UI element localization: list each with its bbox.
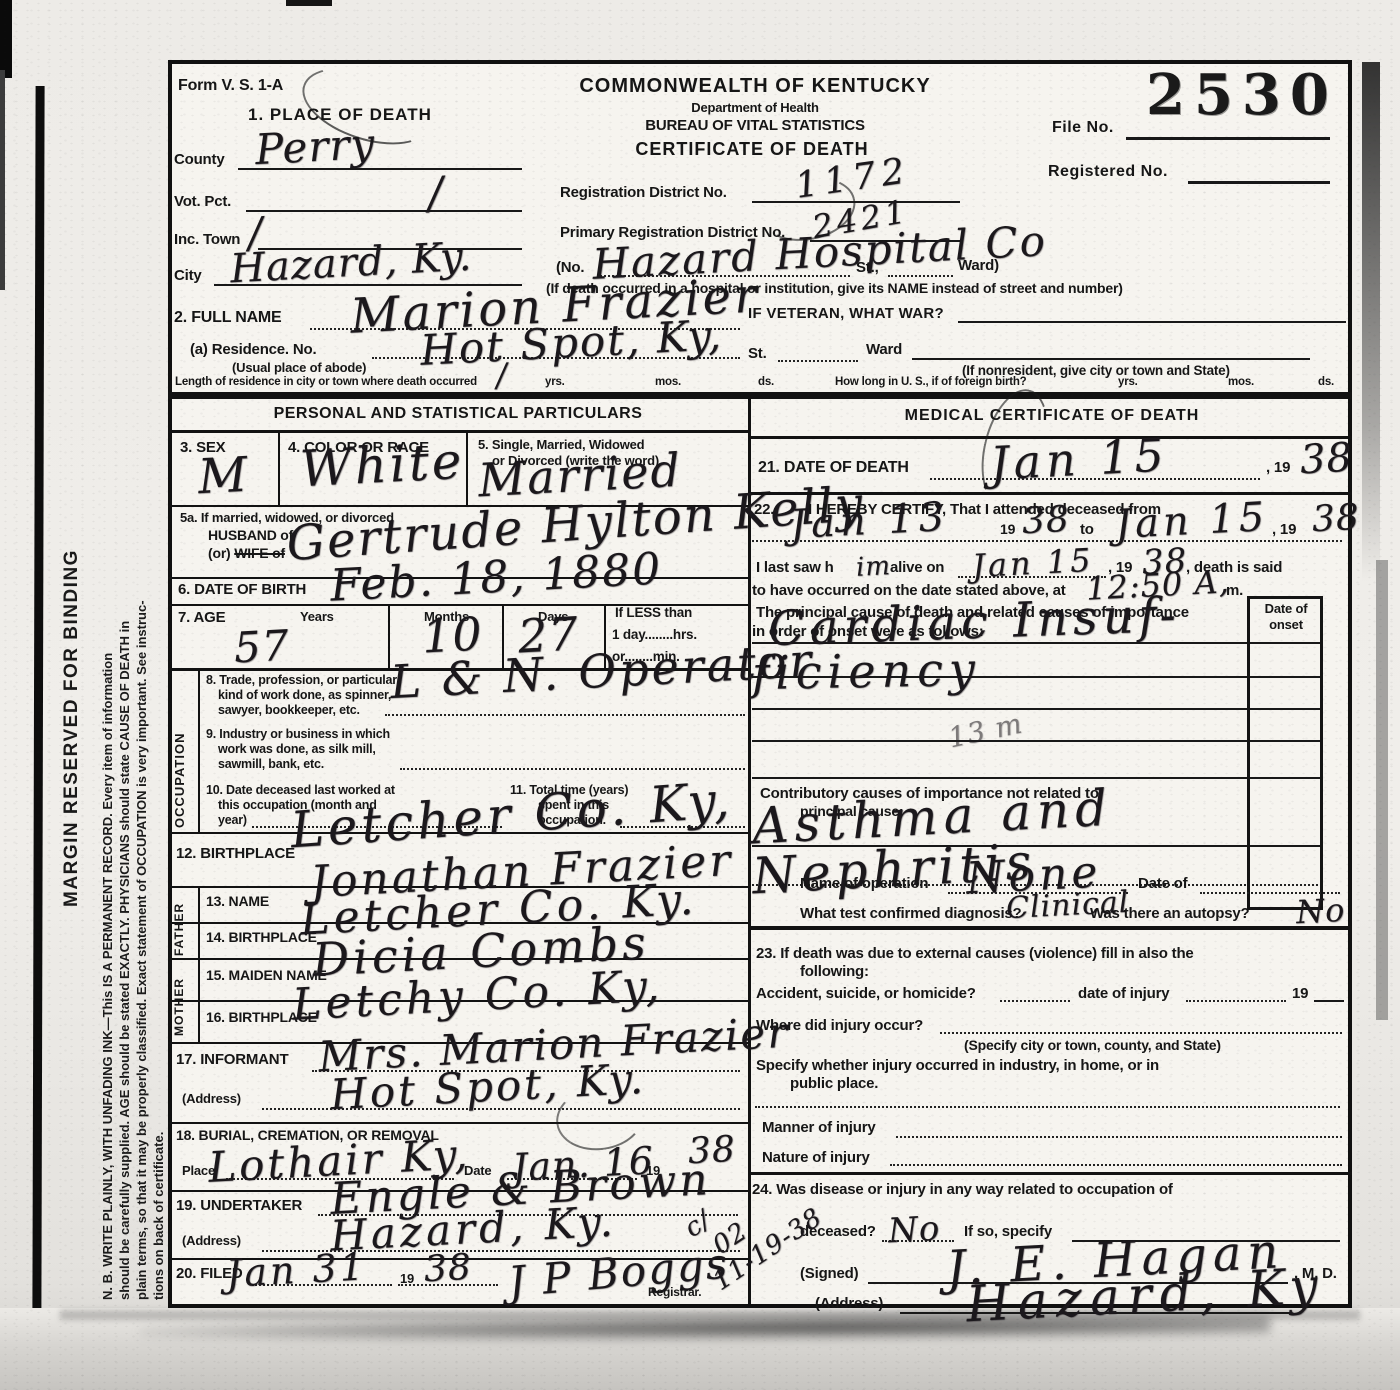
- last-saw-date-value: Jan 15: [971, 541, 1094, 585]
- deceased-value: No: [887, 1209, 941, 1252]
- husband-label-2: HUSBAND of: [208, 528, 293, 543]
- test-label: What test confirmed diagnosis?: [800, 906, 1022, 922]
- last-saw-label-1: I last saw h: [756, 560, 834, 576]
- ds-label2: ds.: [1318, 376, 1334, 388]
- full-name-label: 2. FULL NAME: [174, 310, 282, 327]
- registration-district-label: Registration District No.: [560, 185, 727, 201]
- specify-label-2: public place.: [790, 1076, 878, 1092]
- manner-of-injury-label: Manner of injury: [762, 1120, 875, 1136]
- certificate-title: CERTIFICATE OF DEATH: [635, 140, 868, 159]
- item9-label-3: sawmill, bank, etc.: [218, 758, 324, 771]
- onset-label-2: onset: [1269, 618, 1303, 632]
- rule: [400, 768, 745, 770]
- rule: [1188, 181, 1330, 184]
- ds-label: ds.: [758, 376, 774, 388]
- date-of-death-label: 21. DATE OF DEATH: [758, 460, 909, 477]
- rule: [778, 360, 858, 362]
- margin-binding-text: MARGIN RESERVED FOR BINDING: [61, 549, 83, 907]
- vot-pct-label: Vot. Pct.: [174, 194, 231, 210]
- item23-label-2: following:: [800, 964, 869, 980]
- rule: [1000, 1000, 1070, 1002]
- veteran-label: IF VETERAN, WHAT WAR?: [748, 306, 944, 322]
- item10-label-3: year): [218, 814, 247, 827]
- rule: [1314, 1000, 1344, 1002]
- hospital-note: (If death occurred in a hospital or inst…: [546, 281, 1123, 296]
- hospital-no-label: (No.: [556, 260, 584, 276]
- if-less-label-1: If LESS than: [615, 606, 692, 620]
- rule: [752, 777, 1322, 779]
- county-label: County: [174, 152, 224, 168]
- rule: [168, 1122, 748, 1124]
- rule: [958, 321, 1346, 323]
- dod-year-prefix: , 19: [1266, 460, 1290, 476]
- st-label: St.: [748, 346, 767, 362]
- yrs-label: yrs.: [545, 376, 565, 388]
- vot-pct-value: /: [427, 168, 445, 220]
- item9-label-2: work was done, as silk mill,: [218, 743, 376, 756]
- item9-label-1: 9. Industry or business in which: [206, 728, 390, 741]
- item8-label-2: kind of work done, as spinner,: [218, 689, 391, 702]
- margin-nb-line4: tions on back of certificate.: [150, 140, 167, 1300]
- date-of-birth-label: 6. DATE OF BIRTH: [178, 582, 306, 598]
- cell-divider: [278, 433, 280, 505]
- last-saw-pronoun: im: [855, 551, 892, 583]
- margin-nb-line2: should be carefully supplied. AGE should…: [116, 140, 133, 1300]
- scan-edge-top-dash: [286, 0, 332, 6]
- rule: [751, 926, 1352, 930]
- autopsy-label: Was there an autopsy?: [1090, 906, 1249, 922]
- undertaker-address-label: (Address): [182, 1234, 241, 1248]
- dept-of-health: Department of Health: [691, 101, 818, 115]
- rule: [398, 1284, 498, 1286]
- item24-label: 24. Was disease or injury in any way rel…: [752, 1182, 1173, 1198]
- age-years-header: Years: [300, 610, 334, 624]
- length-residence-value: /: [495, 356, 509, 395]
- age-years-value: 57: [233, 621, 291, 673]
- medical-section-title: MEDICAL CERTIFICATE OF DEATH: [905, 408, 1200, 425]
- rule: [896, 1136, 1342, 1138]
- operation-date-label: Date of: [1138, 876, 1187, 892]
- city-label: City: [174, 268, 202, 284]
- occupation-side-label: OCCUPATION: [172, 676, 187, 828]
- personal-section-title: PERSONAL AND STATISTICAL PARTICULARS: [274, 406, 643, 423]
- from-year-value: 38: [1021, 499, 1071, 542]
- form-number: Form V. S. 1-A: [178, 78, 283, 95]
- rule: [1126, 137, 1330, 140]
- where-injury-label: Where did injury occur?: [756, 1018, 923, 1034]
- rule: [940, 1032, 1342, 1034]
- specify-city-note: (Specify city or town, county, and State…: [964, 1038, 1221, 1053]
- cell-divider: [198, 671, 200, 832]
- attended-to-value: Jan 15: [1114, 494, 1269, 548]
- color-race-value: White: [299, 432, 466, 499]
- item23-label-1: 23. If death was due to external causes …: [756, 946, 1194, 962]
- mos-label: mos.: [655, 376, 681, 388]
- accident-label: Accident, suicide, or homicide?: [756, 986, 976, 1002]
- last-saw-label-2: alive on: [890, 560, 944, 576]
- birthplace-label: 12. BIRTHPLACE: [176, 846, 295, 862]
- how-long-us-label: How long in U. S., if of foreign birth?: [835, 376, 1027, 388]
- margin-nb-note: N. B. WRITE PLAINLY, WITH UNFADING INK—T…: [99, 140, 167, 1300]
- death-certificate-scan: MARGIN RESERVED FOR BINDING N. B. WRITE …: [0, 0, 1400, 1390]
- scan-edge-left-soft: [0, 70, 5, 290]
- or-label: (or): [208, 545, 231, 561]
- rule: [1186, 1000, 1286, 1002]
- sex-value: M: [197, 447, 250, 506]
- wife-label: WIFE of: [234, 545, 285, 561]
- scan-edge-corner: [0, 0, 12, 78]
- date-of-onset-box: [1247, 596, 1323, 910]
- onset-label-1: Date of: [1265, 602, 1308, 616]
- m-label: m.: [1226, 583, 1243, 599]
- length-residence-label: Length of residence in city or town wher…: [175, 376, 477, 388]
- father-name-label: 13. NAME: [206, 894, 269, 909]
- to-label: to: [1080, 522, 1094, 538]
- cause-of-death-line2: ficiency: [752, 642, 982, 700]
- undertaker-label: 19. UNDERTAKER: [176, 1198, 302, 1214]
- heavy-rule: [168, 392, 1352, 399]
- ward-label: Ward: [866, 342, 902, 358]
- informant-address-label: (Address): [182, 1092, 241, 1106]
- physician-address-label: (Address): [815, 1296, 883, 1312]
- from-year-prefix: 19: [1000, 522, 1015, 537]
- injury-year-prefix: 19: [1292, 986, 1308, 1002]
- informant-label: 17. INFORMANT: [176, 1052, 288, 1068]
- certificate-number-stamp: 2530: [1146, 62, 1338, 128]
- rule: [751, 1172, 1352, 1175]
- rule: [890, 1164, 1342, 1166]
- scan-edge-right-soft: [1376, 560, 1388, 1020]
- attended-from-value: Jan 13: [789, 494, 950, 548]
- mos-label2: mos.: [1228, 376, 1254, 388]
- husband-label-3: (or) WIFE of: [208, 546, 285, 561]
- to-year-value: 38: [1311, 497, 1361, 540]
- signed-label: (Signed): [800, 1266, 858, 1282]
- filed-date-value: Jan 31: [225, 1244, 368, 1295]
- to-year-prefix: , 19: [1272, 522, 1296, 538]
- item8-label-1: 8. Trade, profession, or particular: [206, 674, 397, 687]
- item8-label-3: sawyer, bookkeeper, etc.: [218, 704, 360, 717]
- bureau-title: BUREAU OF VITAL STATISTICS: [645, 118, 865, 134]
- rule: [755, 1106, 1340, 1108]
- rule: [752, 708, 1322, 710]
- date-of-injury-label: date of injury: [1078, 986, 1169, 1002]
- item22-number: 22.: [754, 502, 774, 518]
- scan-edge-left-bar: [32, 86, 44, 1308]
- residence-label: (a) Residence. No.: [190, 342, 316, 358]
- dod-year-value: 38: [1299, 435, 1354, 484]
- age-label: 7. AGE: [178, 610, 225, 626]
- rule: [385, 714, 745, 716]
- margin-nb-line1: N. B. WRITE PLAINLY, WITH UNFADING INK—T…: [99, 140, 116, 1300]
- specify-label-1: Specify whether injury occurred in indus…: [756, 1058, 1159, 1074]
- abode-note: (Usual place of abode): [232, 361, 366, 375]
- registrar-label: Registrar.: [648, 1286, 701, 1299]
- rule: [246, 210, 522, 212]
- file-no-label: File No.: [1052, 120, 1114, 137]
- yrs-label2: yrs.: [1118, 376, 1138, 388]
- commonwealth-title: COMMONWEALTH OF KENTUCKY: [579, 76, 930, 97]
- margin-nb-line3: plain terms, so that it may be properly …: [133, 140, 150, 1300]
- rule: [912, 358, 1310, 360]
- scan-edge-right-streak: [1362, 62, 1380, 582]
- father-side-label: FATHER: [172, 892, 186, 956]
- rule: [888, 275, 953, 277]
- registered-no-label: Registered No.: [1048, 164, 1168, 181]
- rule: [752, 740, 1322, 742]
- cell-divider: [466, 433, 468, 505]
- operation-label: Name of operation: [800, 876, 928, 892]
